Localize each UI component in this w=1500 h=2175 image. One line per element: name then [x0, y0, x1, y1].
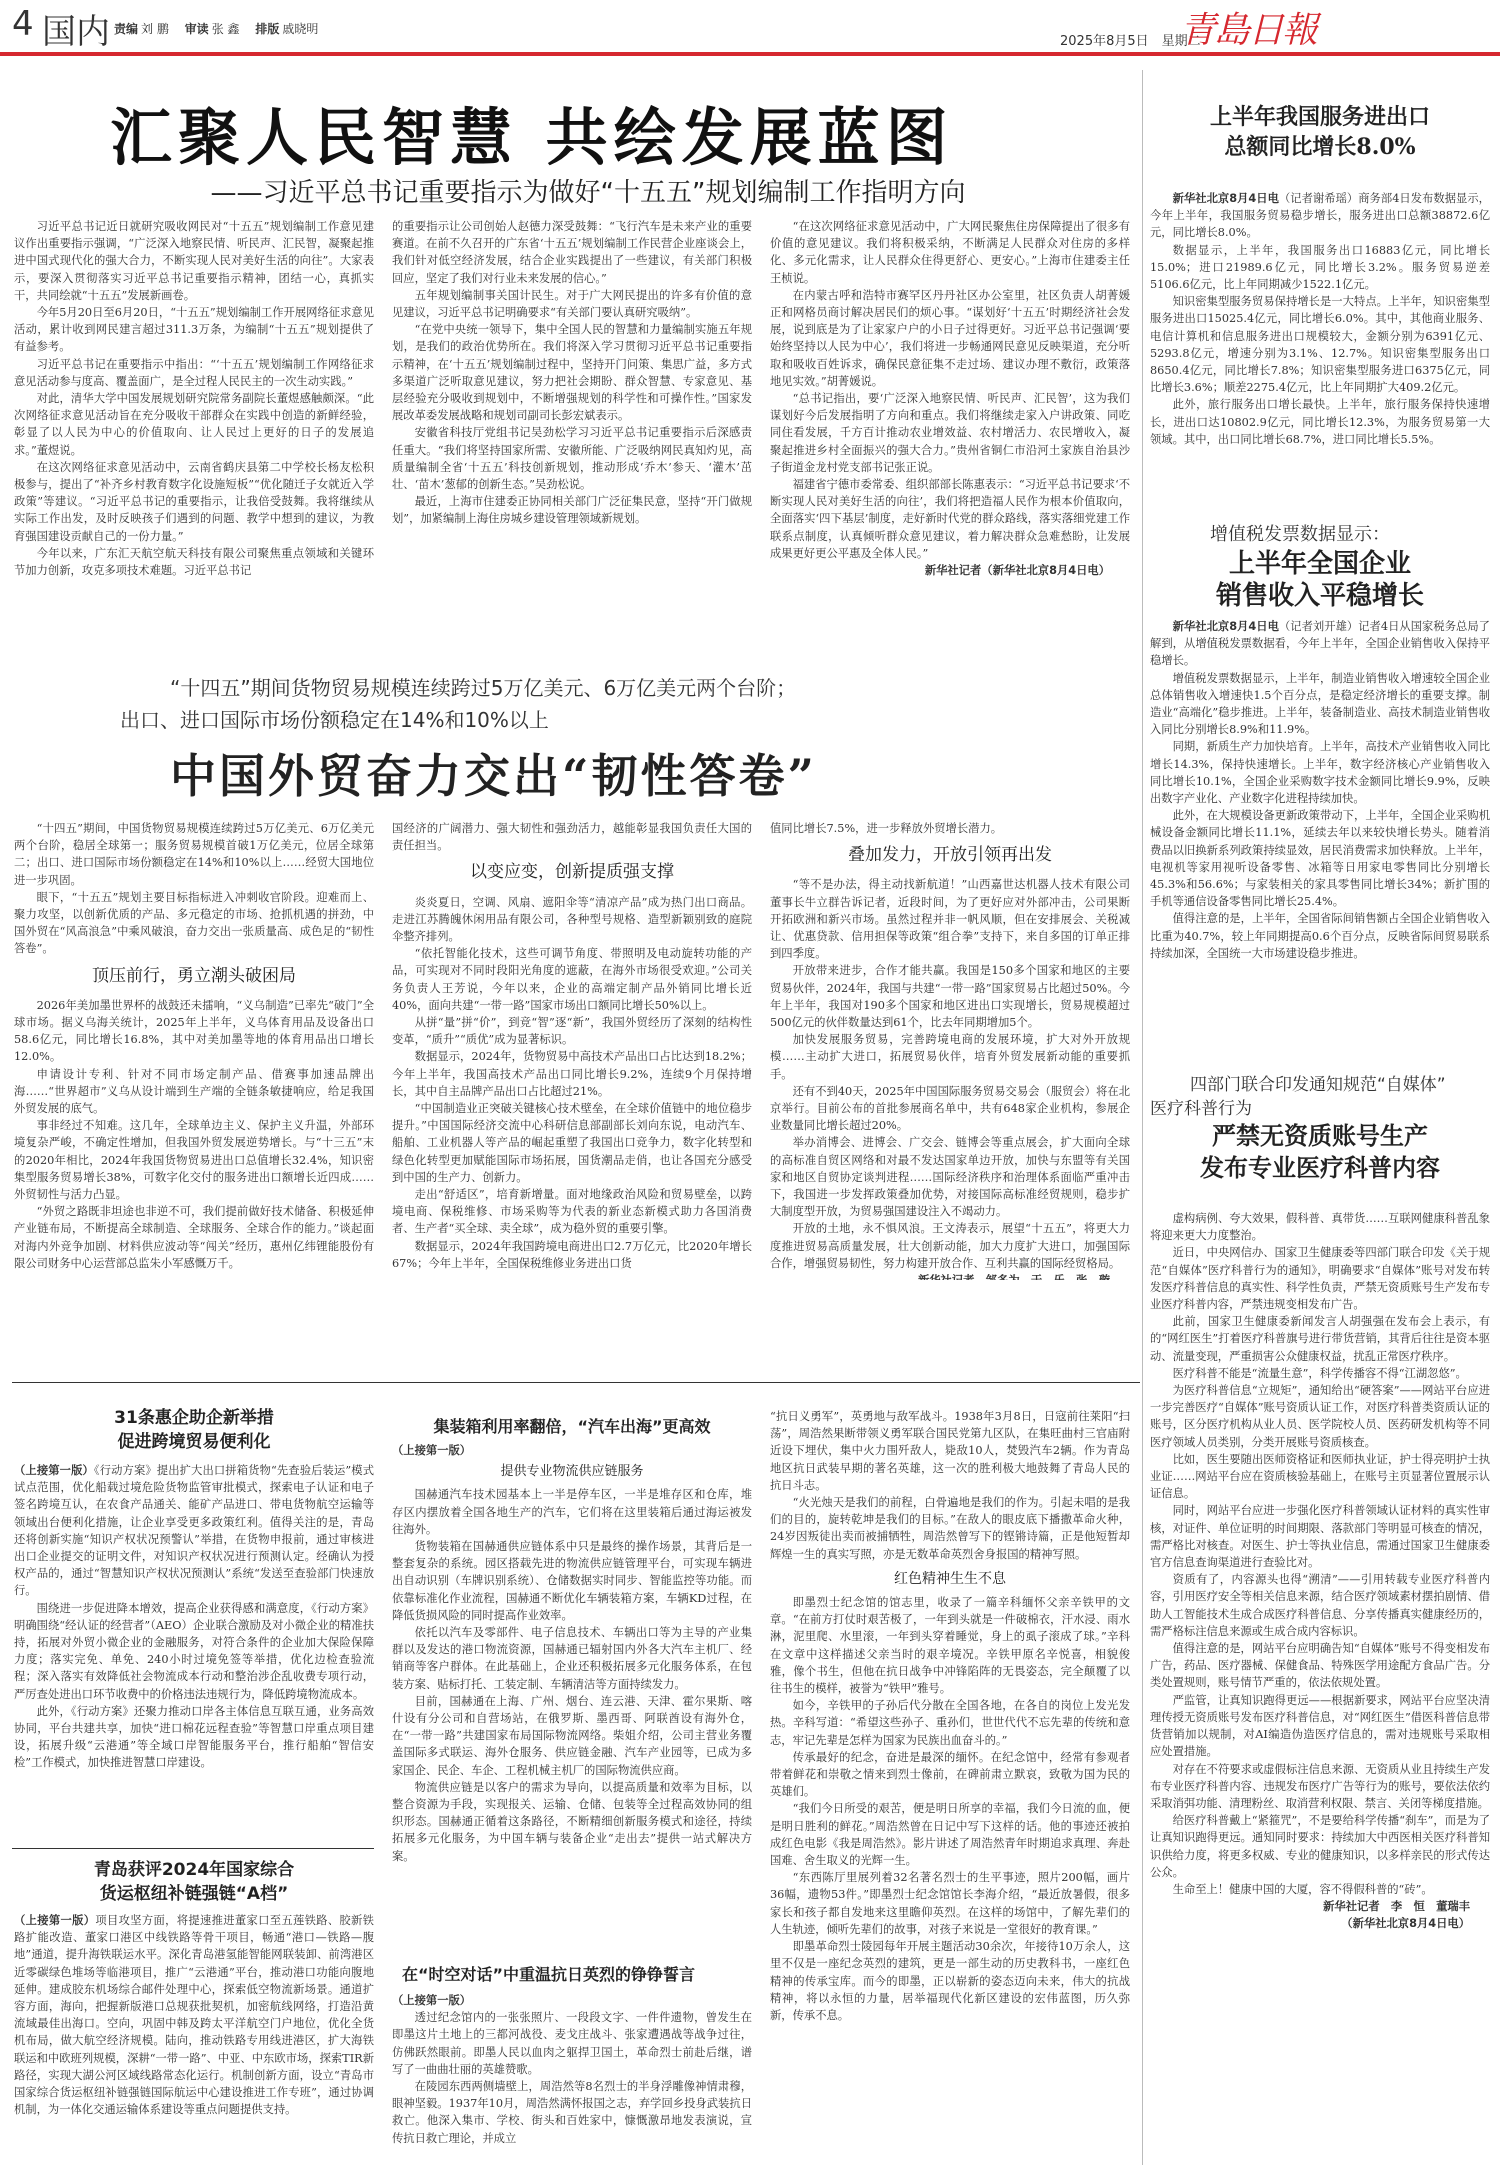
section-divider [12, 1848, 374, 1849]
paragraph: 安徽省科技厅党组书记吴劲松学习习近平总书记重要指示后深感责任重大。“我们将坚持国… [392, 424, 752, 493]
paragraph: 即墨革命烈士陵园每年开展主题活动30余次，年接待10万余人，这里不仅是一座纪念英… [770, 1938, 1130, 2024]
reporter: （记者刘开雄） [1279, 620, 1358, 633]
section-subhead: 叠加发力，开放引领再出发 [770, 847, 1130, 864]
paragraph: 还有不到40天，2025年中国国际服务贸易交易会（服贸会）将在北京举行。目前公布… [770, 1083, 1130, 1135]
paragraph: 在陵园东西两侧墙壁上，周浩然等8名烈士的半身浮雕像神情肃穆，眼神坚毅。1937年… [392, 2078, 752, 2147]
paragraph: 对此，清华大学中国发展规划研究院常务副院长董煜感触颇深。“此次网络征求意见活动旨… [14, 390, 374, 459]
section-subhead: 以变应变，创新提质强支撑 [392, 864, 752, 881]
paragraph: 此外，《行动方案》还聚力推动口岸各主体信息互联互通，业务高效协同，平台共建共享，… [14, 1703, 374, 1772]
trade-col-3: 值同比增长7.5%，进一步释放外贸增长潜力。 叠加发力，开放引领再出发 “等不是… [770, 820, 1130, 1280]
reporter: （记者谢希瑶） [1279, 192, 1358, 205]
trade-kicker-1: “十四五”期间货物贸易规模连续跨过5万亿美元、6万亿美元两个台阶； [170, 672, 796, 704]
paragraph: 知识密集型服务贸易保持增长是一大特点。上半年，知识密集型服务进出口15025.4… [1150, 293, 1490, 396]
paragraph: 事非经过不知难。这几年，全球单边主义、保护主义升温，外部环境复杂严峻，不确定性增… [14, 1117, 374, 1203]
paragraph: 今年5月20日至6月20日，“十五五”规划编制工作开展网络征求意见活动，累计收到… [14, 304, 374, 356]
paragraph: 新华社北京8月4日电（记者谢希瑶）商务部4日发布数据显示，今年上半年，我国服务贸… [1150, 190, 1490, 242]
vat-body: 新华社北京8月4日电（记者刘开雄）记者4日从国家税务总局了解到，从增值税发票数据… [1150, 618, 1490, 1038]
paragraph: “抗日义勇军”，英勇地与敌军战斗。1938年3月8日，日寇前往莱阳“扫荡”，周浩… [770, 1408, 1130, 1494]
header-rule [0, 52, 1500, 56]
paragraph: 对存在不符要求或虚假标注信息来源、无资质从业且持续生产发布专业医疗科普内容、违规… [1150, 1761, 1490, 1813]
trade-kicker-2: 出口、进口国际市场份额稳定在14%和10%以上 [120, 704, 549, 736]
media-body: 虚构病例、夸大效果，假科普、真带货……互联网健康科普乱象将迎来更大力度整治。 近… [1150, 1210, 1490, 2170]
paragraph: 国经济的广阔潜力、强大韧性和强劲活力，越能彰显我国负责任大国的责任担当。 [392, 820, 752, 854]
paragraph-text: 项目攻坚方面，将提速推进董家口至五莲铁路、胶新铁路扩能改造、董家口港区中线铁路等… [14, 1914, 374, 2116]
editor-credits: 责编刘 鹏 审读张 鑫 排版戚晓明 [114, 20, 330, 37]
paragraph: 值得注意的是，网站平台应明确告知“自媒体”账号不得变相发布广告，药品、医疗器械、… [1150, 1640, 1490, 1692]
bottom-middle-body: （上接第一版） 提供专业物流供应链服务 国赫通汽车技术园基本上一半是停车区，一半… [392, 1442, 752, 1938]
bottom-middle-headline: 集装箱利用率翻倍，“汽车出海”更高效 [392, 1414, 752, 1437]
credit-name: 张 鑫 [212, 22, 240, 36]
continued-label: （上接第一版） [392, 1992, 752, 2009]
newspaper-logo: 青島日報 [1180, 2, 1316, 53]
paragraph: 比如，医生要随出医师资格证和医师执业证，护士得亮明护士执业证……网站平台应在资质… [1150, 1451, 1490, 1503]
paragraph: 此外，在大规模设备更新政策带动下，上半年，全国企业采购机械设备金额同比增长11.… [1150, 807, 1490, 910]
paragraph: “十四五”期间，中国货物贸易规模连续跨过5万亿美元、6万亿美元两个台阶，稳居全球… [14, 820, 374, 889]
paragraph: 2026年美加墨世界杯的战鼓还未擂响，“义乌制造”已率先“破门”全球市场。据义乌… [14, 997, 374, 1066]
paragraph: “总书记指出，要‘广泛深入地察民情、听民声、汇民智’，这为我们谋划好今后发展指明… [770, 390, 1130, 476]
paragraph: “我们今日所受的艰苦，便是明日所享的幸福，我们今日流的血，便是明日胜利的鲜花。”… [770, 1800, 1130, 1869]
headline-line: 严禁无资质账号生产 [1150, 1120, 1490, 1152]
services-body: 新华社北京8月4日电（记者谢希瑶）商务部4日发布数据显示，今年上半年，我国服务贸… [1150, 190, 1490, 480]
section-divider [12, 1382, 1140, 1383]
paragraph: 在这次网络征求意见活动中，云南省鹤庆县第二中学校长杨友松积极参与，提出了“补齐乡… [14, 459, 374, 545]
paragraph: 开放的土地，永不惧风浪。王文涛表示，展望“十五五”，将更大力度推进贸易高质量发展… [770, 1220, 1130, 1272]
vat-kicker: 增值税发票数据显示： [1210, 520, 1390, 546]
paragraph: 今年以来，广东汇天航空航天科技有限公司聚焦重点领域和关键环节加力创新，攻克多项技… [14, 545, 374, 579]
paragraph: 申请设计专利、针对不同市场定制产品、借赛事加速品牌出海……“世界超市”义乌从设计… [14, 1066, 374, 1118]
headline-line: 促进跨境贸易便利化 [14, 1430, 374, 1454]
paragraph: “火光烛天是我们的前程，白骨遍地是我们的作为。引起未唱的是我们的目的，旋转乾坤是… [770, 1494, 1130, 1563]
media-kicker-1: 四部门联合印发通知规范“自媒体” [1190, 1070, 1446, 1095]
byline: 新华社记者（新华社北京8月4日电） [770, 562, 1130, 579]
paragraph: 值同比增长7.5%，进一步释放外贸增长潜力。 [770, 820, 1130, 837]
paragraph: 在内蒙古呼和浩特市赛罕区丹丹社区办公室里，社区负责人胡菁媛正和网格员商讨解决居民… [770, 287, 1130, 390]
paragraph: 为医疗科普信息“立规矩”，通知给出“硬答案”——网站平台应进一步完善医疗“自媒体… [1150, 1382, 1490, 1451]
trade-headline: 中国外贸奋力交出“韧性答卷” [170, 740, 817, 806]
paragraph: （上接第一版）《行动方案》提出扩大出口拼箱货物“先查验后装运”模式试点范围，优化… [14, 1462, 374, 1600]
paragraph: 的重要指示让公司创始人赵德力深受鼓舞：“飞行汽车是未来产业的重要赛道。在前不久召… [392, 218, 752, 287]
paragraph: 传承最好的纪念，奋进是最深的缅怀。在纪念馆中，经常有参观者带着鲜花和崇敬之情来到… [770, 1749, 1130, 1801]
section-subhead: 红色精神生生不息 [770, 1571, 1130, 1588]
headline-line: 总额同比增长8.0% [1150, 132, 1490, 162]
paragraph: 加快发展服务贸易，完善跨境电商的发展环境，扩大对外开放规模……主动扩大进口，拓展… [770, 1031, 1130, 1083]
byline: 新华社记者 李 恒 董瑞丰 [1150, 1898, 1490, 1915]
paragraph: 新华社北京8月4日电（记者刘开雄）记者4日从国家税务总局了解到，从增值税发票数据… [1150, 618, 1490, 670]
credit-name: 刘 鹏 [141, 22, 169, 36]
services-headline: 上半年我国服务进出口 总额同比增长8.0% [1150, 102, 1490, 162]
section-subhead: 顶压前行，勇立潮头破困局 [14, 968, 374, 985]
lead-headline: 汇聚人民智慧 共绘发展蓝图 [110, 88, 1070, 177]
paragraph: 习近平总书记在重要指示中指出：“‘十五五’规划编制工作网络征求意见活动参与度高、… [14, 356, 374, 390]
paragraph: 值得注意的是，上半年，全国省际间销售额占全国企业销售收入比重为40.7%，较上年… [1150, 910, 1490, 962]
lead-subheadline: ——习近平总书记重要指示为做好“十五五”规划编制工作指明方向 [48, 172, 1128, 209]
byline: 新华社记者 邹多为 于 乐 张 璇 [770, 1272, 1130, 1280]
paragraph: “在党中央统一领导下，集中全国人民的智慧和力量编制实施五年规划，是我们的政治优势… [392, 321, 752, 424]
trade-col-2: 国经济的广阔潜力、强大韧性和强劲活力，越能彰显我国负责任大国的责任担当。 以变应… [392, 820, 752, 1270]
paragraph: 如今，辛铁甲的子孙后代分散在全国各地，在各自的岗位上发光发热。辛科写道：“希望这… [770, 1697, 1130, 1749]
credit-role: 排版 [255, 22, 279, 36]
paragraph: 医疗科普不能是“流量生意”，科学传播容不得“江湖忽悠”。 [1150, 1365, 1490, 1382]
paragraph: 依托以汽车及零部件、电子信息技术、车辆出口等为主导的产业集群以及发达的港口物流资… [392, 1624, 752, 1693]
credit-role: 责编 [114, 22, 138, 36]
column-divider [1142, 70, 1143, 2165]
headline-line: 货运枢纽补链强链“A档” [14, 1882, 374, 1906]
paragraph: “东西陈厅里展列着32名著名烈士的生平事迹，照片200幅，画片36幅，遗物53件… [770, 1869, 1130, 1938]
media-kicker-2: 医疗科普行为 [1150, 1094, 1252, 1119]
vat-headline: 上半年全国企业 销售收入平稳增长 [1150, 548, 1490, 612]
paragraph: 开放带来进步，合作才能共赢。我国是150多个国家和地区的主要贸易伙伴，2024年… [770, 962, 1130, 1031]
paragraph: 围绕进一步促进降本增效，提高企业获得感和满意度，《行动方案》明确围绕“经认证的经… [14, 1600, 374, 1703]
paragraph: 此前，国家卫生健康委新闻发言人胡强强在发布会上表示，有的“网红医生”打着医疗科普… [1150, 1313, 1490, 1365]
lead-col-3: “在这次网络征求意见活动中，广大网民聚焦住房保障提出了很多有价值的意见建议。我们… [770, 218, 1130, 658]
credit-name: 戚晓明 [282, 22, 318, 36]
dateline: 新华社北京8月4日电 [1173, 620, 1279, 633]
paragraph: 最近，上海市住建委正协同相关部门广泛征集民意，坚持“开门做规划”，加紧编制上海住… [392, 493, 752, 527]
headline-line: 销售收入平稳增长 [1150, 580, 1490, 612]
continued-label: （上接第一版） [14, 1914, 95, 1927]
paragraph: 虚构病例、夸大效果，假科普、真带货……互联网健康科普乱象将迎来更大力度整治。 [1150, 1210, 1490, 1244]
paragraph: 生命至上！健康中国的大厦，容不得假科普的“砖”。 [1150, 1881, 1490, 1898]
paragraph: 数据显示，上半年，我国服务出口16883亿元，同比增长15.0%；进口21989… [1150, 242, 1490, 294]
bottom-left2-body: （上接第一版）项目攻坚方面，将提速推进董家口至五莲铁路、胶新铁路扩能改造、董家口… [14, 1912, 374, 2172]
paragraph: 五年规划编制事关国计民生。对于广大网民提出的许多有价值的意见建议，习近平总书记明… [392, 287, 752, 321]
paragraph: 走出“舒适区”，培育新增量。面对地缘政治风险和贸易壁垒，以跨境电商、保税维修、市… [392, 1186, 752, 1238]
headline-line: 发布专业医疗科普内容 [1150, 1152, 1490, 1184]
paragraph: 炎炎夏日，空调、风扇、遮阳伞等“清凉产品”成为热门出口商品。走进江苏腾魄休闲用品… [392, 894, 752, 946]
byline-dateline: （新华社北京8月4日电） [1150, 1915, 1490, 1932]
continued-label: （上接第一版） [392, 1442, 752, 1459]
bottom-middle2-body: （上接第一版） 透过纪念馆内的一张张照片、一段段文字、一件件遗物，曾发生在即墨这… [392, 1992, 752, 2172]
bottom-right-body: “抗日义勇军”，英勇地与敌军战斗。1938年3月8日，日寇前往莱阳“扫荡”，周浩… [770, 1408, 1130, 2168]
continued-label: （上接第一版） [14, 1464, 94, 1477]
bottom-left-headline: 31条惠企助企新举措 促进跨境贸易便利化 [14, 1406, 374, 1454]
paragraph: 给医疗科普戴上“紧箍咒”，不是要给科学传播“刹车”，而是为了让真知识跑得更远。通… [1150, 1812, 1490, 1881]
paragraph: 透过纪念馆内的一张张照片、一段段文字、一件件遗物，曾发生在即墨这片土地上的三都河… [392, 2009, 752, 2078]
lead-col-2: 的重要指示让公司创始人赵德力深受鼓舞：“飞行汽车是未来产业的重要赛道。在前不久召… [392, 218, 752, 648]
paragraph: 国赫通汽车技术园基本上一半是停车区，一半是堆存区和仓库，堆存区内摆放着全国各地生… [392, 1486, 752, 1538]
paragraph: 数据显示，2024年，货物贸易中高技术产品出口占比达到18.2%；今年上半年，我… [392, 1048, 752, 1100]
paragraph: 此外，旅行服务出口增长最快。上半年，旅行服务保持快速增长，进出口达10802.9… [1150, 396, 1490, 448]
page-number: 4 [12, 4, 36, 44]
paragraph: “中国制造业正突破关键核心技术壁垒，在全球价值链中的地位稳步提升。”中国国际经济… [392, 1100, 752, 1186]
paragraph: “外贸之路既非坦途也非逆不可，我们提前做好技术储备、积极延伸产业链布局，不断提高… [14, 1203, 374, 1270]
paragraph: “依托智能化技术，这些可调节角度、带照明及电动旋转功能的产品，可实现对不同时段阳… [392, 945, 752, 1014]
lead-col-1: 习近平总书记近日就研究吸收网民对“十五五”规划编制工作意见建议作出重要指示强调，… [14, 218, 374, 648]
paragraph: 近日，中央网信办、国家卫生健康委等四部门联合印发《关于规范“自媒体”医疗科普行为… [1150, 1244, 1490, 1313]
paragraph: 同期，新质生产力加快培育。上半年，高技术产业销售收入同比增长14.3%，保持快速… [1150, 738, 1490, 807]
paragraph: 数据显示，2024年我国跨境电商进出口2.7万亿元，比2020年增长67%；今年… [392, 1238, 752, 1270]
headline-line: 上半年我国服务进出口 [1150, 102, 1490, 132]
paragraph: 严监管，让真知识跑得更远——根据新要求，网站平台应坚决清理传授无资质账号发布医疗… [1150, 1692, 1490, 1761]
paragraph: （上接第一版）项目攻坚方面，将提速推进董家口至五莲铁路、胶新铁路扩能改造、董家口… [14, 1912, 374, 2118]
headline-line: 青岛获评2024年国家综合 [14, 1858, 374, 1882]
paragraph: 即墨烈士纪念馆的馆志里，收录了一篇辛科缅怀父亲辛铁甲的文章。“在前方打仗时艰苦极… [770, 1594, 1130, 1697]
paragraph: 物流供应链是以客户的需求为导向，以提高质量和效率为目标，以整合资源为手段，实现报… [392, 1779, 752, 1865]
credit-role: 审读 [185, 22, 209, 36]
bottom-left2-headline: 青岛获评2024年国家综合 货运枢纽补链强链“A档” [14, 1858, 374, 1906]
paragraph: “等不是办法，得主动找新航道！”山西嘉世达机器人技术有限公司董事长牛立群告诉记者… [770, 876, 1130, 962]
paragraph: “在这次网络征求意见活动中，广大网民聚焦住房保障提出了很多有价值的意见建议。我们… [770, 218, 1130, 287]
bottom-middle2-headline: 在“时空对话”中重温抗日英烈的铮铮誓言 [392, 1962, 752, 1985]
paragraph: 目前，国赫通在上海、广州、烟台、连云港、天津、霍尔果斯、喀什设有分公司和自营场站… [392, 1693, 752, 1779]
paragraph: 习近平总书记近日就研究吸收网民对“十五五”规划编制工作意见建议作出重要指示强调，… [14, 218, 374, 304]
paragraph: 同时，网站平台应进一步强化医疗科普领域认证材料的真实性审核，对证件、单位证明的时… [1150, 1502, 1490, 1571]
headline-line: 31条惠企助企新举措 [14, 1406, 374, 1430]
paragraph: 福建省宁德市委常委、组织部部长陈惠表示：“习近平总书记要求‘不断实现人民对美好生… [770, 476, 1130, 562]
headline-line: 上半年全国企业 [1150, 548, 1490, 580]
paragraph: 资质有了，内容源头也得“溯清”——引用转载专业医疗科普内容，引用医疗安全等相关信… [1150, 1571, 1490, 1640]
paragraph: 举办消博会、进博会、广交会、链博会等重点展会，扩大面向全球的高标准自贸区网络和对… [770, 1134, 1130, 1220]
section-subhead: 提供专业物流供应链服务 [392, 1463, 752, 1480]
trade-col-1: “十四五”期间，中国货物贸易规模连续跨过5万亿美元、6万亿美元两个台阶，稳居全球… [14, 820, 374, 1270]
paragraph-text: 《行动方案》提出扩大出口拼箱货物“先查验后装运”模式试点范围，优化船载过境危险货… [14, 1464, 374, 1597]
section-title: 国内 [42, 4, 110, 53]
bottom-left-body: （上接第一版）《行动方案》提出扩大出口拼箱货物“先查验后装运”模式试点范围，优化… [14, 1462, 374, 1842]
masthead: 4 国内 责编刘 鹏 审读张 鑫 排版戚晓明 2025年8月5日 星期二 青島日… [0, 0, 1500, 52]
paragraph: 眼下，“十五五”规划主要目标指标进入冲刺收官阶段。迎难而上、聚力攻坚，以创新优质… [14, 889, 374, 958]
paragraph: 增值税发票数据显示，上半年，制造业销售收入增速较全国企业总体销售收入增速快1.5… [1150, 670, 1490, 739]
dateline: 新华社北京8月4日电 [1173, 192, 1279, 205]
media-headline: 严禁无资质账号生产 发布专业医疗科普内容 [1150, 1120, 1490, 1184]
paragraph: 货物装箱在国赫通供应链体系中只是最终的操作场景，其背后是一整套复杂的系统。园区搭… [392, 1538, 752, 1624]
paragraph: 从拼“量”拼“价”，到竞“智”逐“新”，我国外贸经历了深刻的结构性变革，“质升”… [392, 1014, 752, 1048]
